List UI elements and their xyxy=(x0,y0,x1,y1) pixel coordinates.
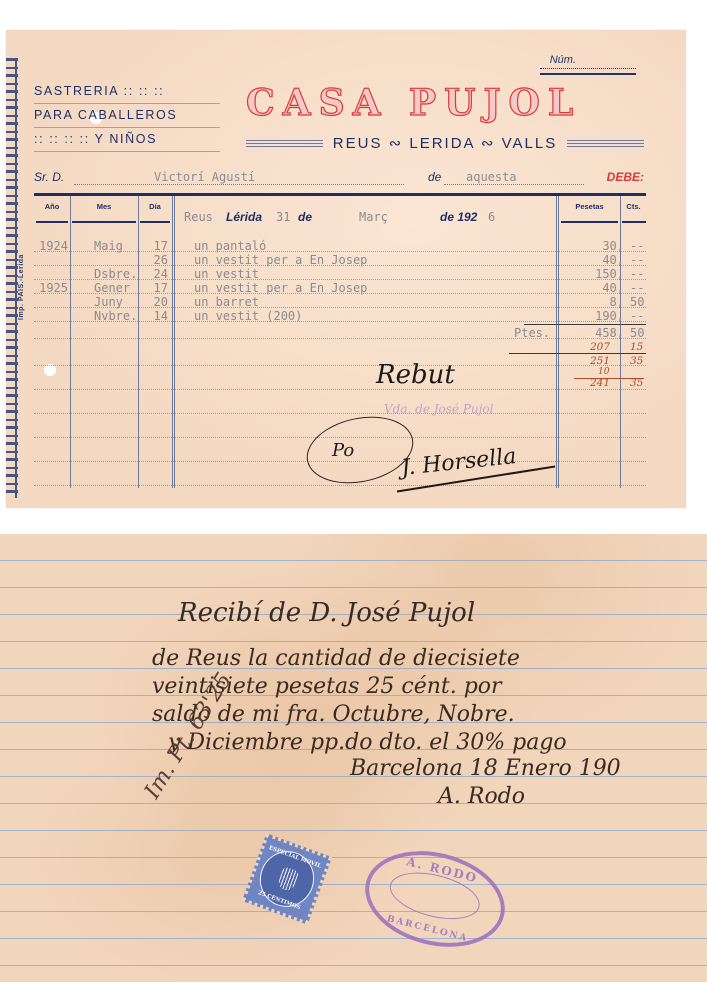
cell-cts: -- xyxy=(630,281,644,295)
header-underline xyxy=(622,221,646,223)
cell-month: Nvbre. xyxy=(94,309,137,323)
blank-row xyxy=(34,354,646,366)
cell-desc: un vestit per a En Josep xyxy=(194,281,367,295)
cell-day: 17 xyxy=(144,281,168,295)
cell-cts: -- xyxy=(630,253,644,267)
tag-line: PARA CABALLEROS xyxy=(34,106,220,128)
business-tags: SASTRERIA :: :: :: PARA CABALLEROS :: ::… xyxy=(34,82,220,154)
date-day: 31 xyxy=(276,210,290,224)
table-row: Juny 20 un barret 8, 50 xyxy=(34,296,646,308)
cell-desc: un barret xyxy=(194,295,259,309)
decorative-bars xyxy=(246,140,323,147)
total-cts: 50 xyxy=(630,326,644,340)
cell-month: Gener xyxy=(94,281,130,295)
header-underline xyxy=(36,221,68,223)
cities-banner: REUS ∾ LERIDA ∾ VALLS xyxy=(246,134,644,152)
blank-row xyxy=(34,402,646,414)
table-row: Dsbre. 24 un vestit 150, -- xyxy=(34,268,646,280)
header-underline xyxy=(140,221,170,223)
cities-text: REUS ∾ LERIDA ∾ VALLS xyxy=(323,134,567,152)
printer-note: Imp. PAIS.-Lerida xyxy=(18,254,25,320)
cell-cts: -- xyxy=(630,309,644,323)
decorative-bars xyxy=(567,140,644,147)
de-label: de xyxy=(428,170,441,184)
invoice-number-field xyxy=(540,68,636,69)
header-cts: Cts. xyxy=(621,202,646,211)
customer-place: aquesta xyxy=(444,170,584,185)
receipt-line: Recibí de D. José Pujol xyxy=(178,598,475,628)
debe-label: DEBE: xyxy=(607,170,644,184)
cell-month: Dsbre. xyxy=(94,267,137,281)
header-underline xyxy=(561,221,618,223)
po-handwriting: Po xyxy=(332,440,354,461)
date-year-digit: 6 xyxy=(488,210,495,224)
cell-desc: un vestit per a En Josep xyxy=(194,253,367,267)
cell-day: 14 xyxy=(144,309,168,323)
cell-day: 20 xyxy=(144,295,168,309)
invoice-document: Imp. PAIS.-Lerida Núm. SASTRERIA :: :: :… xyxy=(6,30,686,508)
brand-title: CASA PUJOL xyxy=(246,82,581,124)
cell-cts: -- xyxy=(630,239,644,253)
customer-label: Sr. D. xyxy=(34,170,64,184)
cell-month: Maig xyxy=(94,239,123,253)
cell-day: 17 xyxy=(144,239,168,253)
calc-pesetas: 207 xyxy=(590,341,610,353)
header-month: Mes xyxy=(70,202,138,211)
header-year: Año xyxy=(34,202,70,211)
cell-pesetas: 40, xyxy=(554,281,624,295)
cell-desc: un vestit xyxy=(194,267,259,281)
receipt-line: de Reus la cantidad de diecisiete xyxy=(152,646,520,671)
header-underline xyxy=(72,221,136,223)
total-row: Ptes. 458, 50 xyxy=(34,327,646,339)
cell-desc: un pantaló xyxy=(194,239,266,253)
receipt-date: Barcelona 18 Enero 190 xyxy=(350,756,621,781)
cell-desc: un vestit (200) xyxy=(194,309,302,323)
total-rule xyxy=(524,324,646,325)
invoice-date-line: Reus Lérida 31 de Març de 192 6 xyxy=(184,210,552,225)
de-label: de xyxy=(298,210,312,224)
cell-cts: -- xyxy=(630,267,644,281)
tag-line: :: :: :: :: Y NIÑOS xyxy=(34,130,220,152)
table-row: 1924 Maig 17 un pantaló 30, -- xyxy=(34,240,646,252)
cell-month: Juny xyxy=(94,295,123,309)
table-row: 1925 Gener 17 un vestit per a En Josep 4… xyxy=(34,282,646,294)
header-pesetas: Pesetas xyxy=(559,202,620,211)
printed-city: Lérida xyxy=(226,210,262,224)
blank-row xyxy=(34,378,646,390)
calc-cts: 15 xyxy=(630,341,643,353)
total-label: Ptes. xyxy=(514,326,550,340)
tag-line: SASTRERIA :: :: :: xyxy=(34,82,220,104)
cell-day: 24 xyxy=(144,267,168,281)
customer-row: Sr. D. Victorí Agustí de aquesta DEBE: xyxy=(34,170,644,186)
typed-city: Reus xyxy=(184,210,213,224)
total-pesetas: 458, xyxy=(554,326,624,340)
invoice-number-label: Núm. xyxy=(550,54,576,66)
cell-year: 1924 xyxy=(34,239,68,253)
decorative-border xyxy=(6,58,18,498)
customer-name: Victorí Agustí xyxy=(74,170,404,185)
cell-cts: 50 xyxy=(630,295,644,309)
cell-pesetas: 40, xyxy=(554,253,624,267)
de-year-label: de 192 xyxy=(440,210,477,224)
calc-pesetas: 10 xyxy=(598,367,609,377)
cell-pesetas: 8, xyxy=(554,295,624,309)
divider xyxy=(540,73,636,75)
date-month: Març xyxy=(359,210,388,224)
table-row: 26 un vestit per a En Josep 40, -- xyxy=(34,254,646,266)
cell-day: 26 xyxy=(144,253,168,267)
cell-pesetas: 30, xyxy=(554,239,624,253)
cell-pesetas: 150, xyxy=(554,267,624,281)
company-stamp: Vda. de José Pujol xyxy=(384,402,493,416)
header-day: Día xyxy=(138,202,172,211)
cell-year: 1925 xyxy=(34,281,68,295)
receipt-signature: A. Rodo xyxy=(438,784,525,809)
cell-pesetas: 190, xyxy=(554,309,624,323)
receipt-line: y Diciembre pp.do dto. el 30% pago xyxy=(168,730,567,755)
received-handwriting: Rebut xyxy=(376,360,455,390)
table-row: Nvbre. 14 un vestit (200) 190, -- xyxy=(34,310,646,322)
